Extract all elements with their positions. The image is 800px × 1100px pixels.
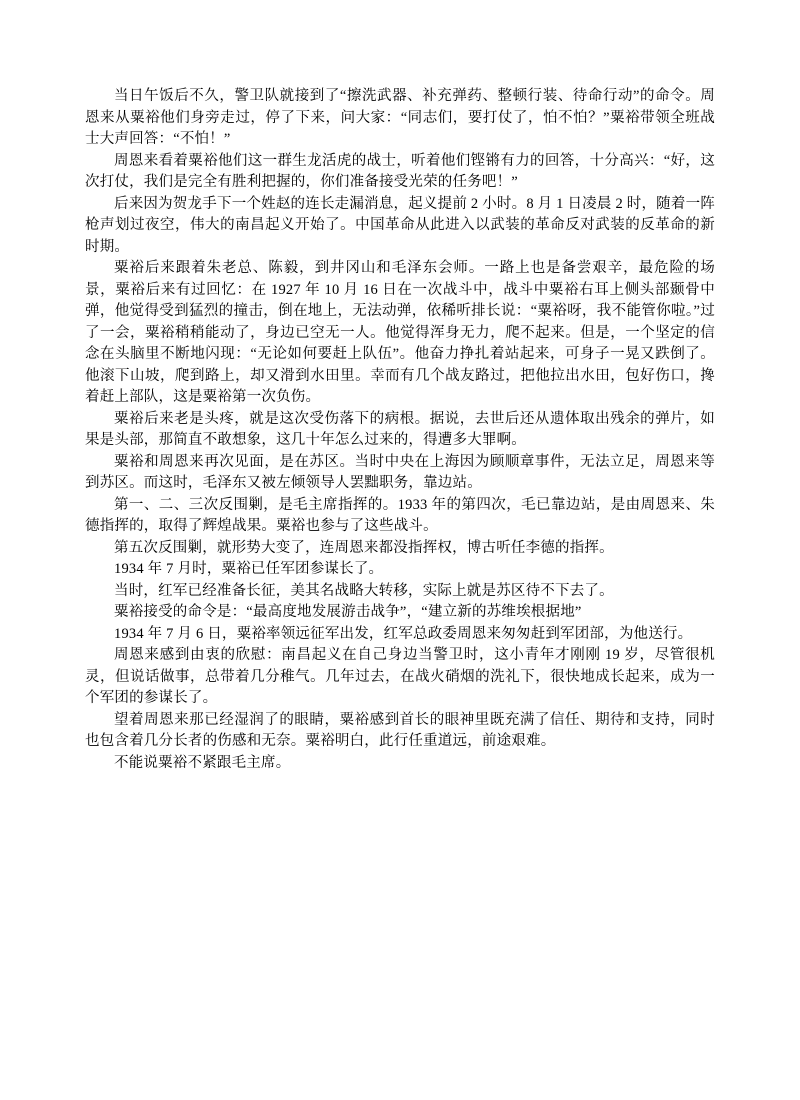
- paragraph: 当时，红军已经准备长征，美其名战略大转移，实际上就是苏区待不下去了。: [85, 581, 715, 603]
- paragraph: 粟裕和周恩来再次见面，是在苏区。当时中央在上海因为顾顺章事件，无法立足，周恩来等…: [85, 452, 715, 495]
- paragraph: 第五次反围剿，就形势大变了，连周恩来都没指挥权，博古听任李德的指挥。: [85, 538, 715, 560]
- paragraph: 第一、二、三次反围剿，是毛主席指挥的。1933 年的第四次，毛已靠边站，是由周恩…: [85, 495, 715, 538]
- paragraph: 粟裕接受的命令是：“最高度地发展游击战争”，“建立新的苏维埃根据地”: [85, 602, 715, 624]
- paragraph: 当日午饭后不久，警卫队就接到了“擦洗武器、补充弹药、整顿行装、待命行动”的命令。…: [85, 86, 715, 151]
- paragraph: 望着周恩来那已经湿润了的眼睛，粟裕感到首长的眼神里既充满了信任、期待和支持，同时…: [85, 710, 715, 753]
- document-page: 当日午饭后不久，警卫队就接到了“擦洗武器、补充弹药、整顿行装、待命行动”的命令。…: [85, 86, 715, 774]
- paragraph: 不能说粟裕不紧跟毛主席。: [85, 753, 715, 775]
- paragraph: 周恩来看着粟裕他们这一群生龙活虎的战士，听着他们铿锵有力的回答，十分高兴：“好，…: [85, 151, 715, 194]
- paragraph: 1934 年 7 月时，粟裕已任军团参谋长了。: [85, 559, 715, 581]
- paragraph: 1934 年 7 月 6 日，粟裕率领远征军出发，红军总政委周恩来匆匆赶到军团部…: [85, 624, 715, 646]
- paragraph: 粟裕后来跟着朱老总、陈毅，到井冈山和毛泽东会师。一路上也是备尝艰辛，最危险的场景…: [85, 258, 715, 409]
- paragraph: 粟裕后来老是头疼，就是这次受伤落下的病根。据说，去世后还从遗体取出残余的弹片，如…: [85, 409, 715, 452]
- paragraph: 后来因为贺龙手下一个姓赵的连长走漏消息，起义提前 2 小时。8 月 1 日凌晨 …: [85, 194, 715, 259]
- paragraph: 周恩来感到由衷的欣慰：南昌起义在自己身边当警卫时，这小青年才刚刚 19 岁，尽管…: [85, 645, 715, 710]
